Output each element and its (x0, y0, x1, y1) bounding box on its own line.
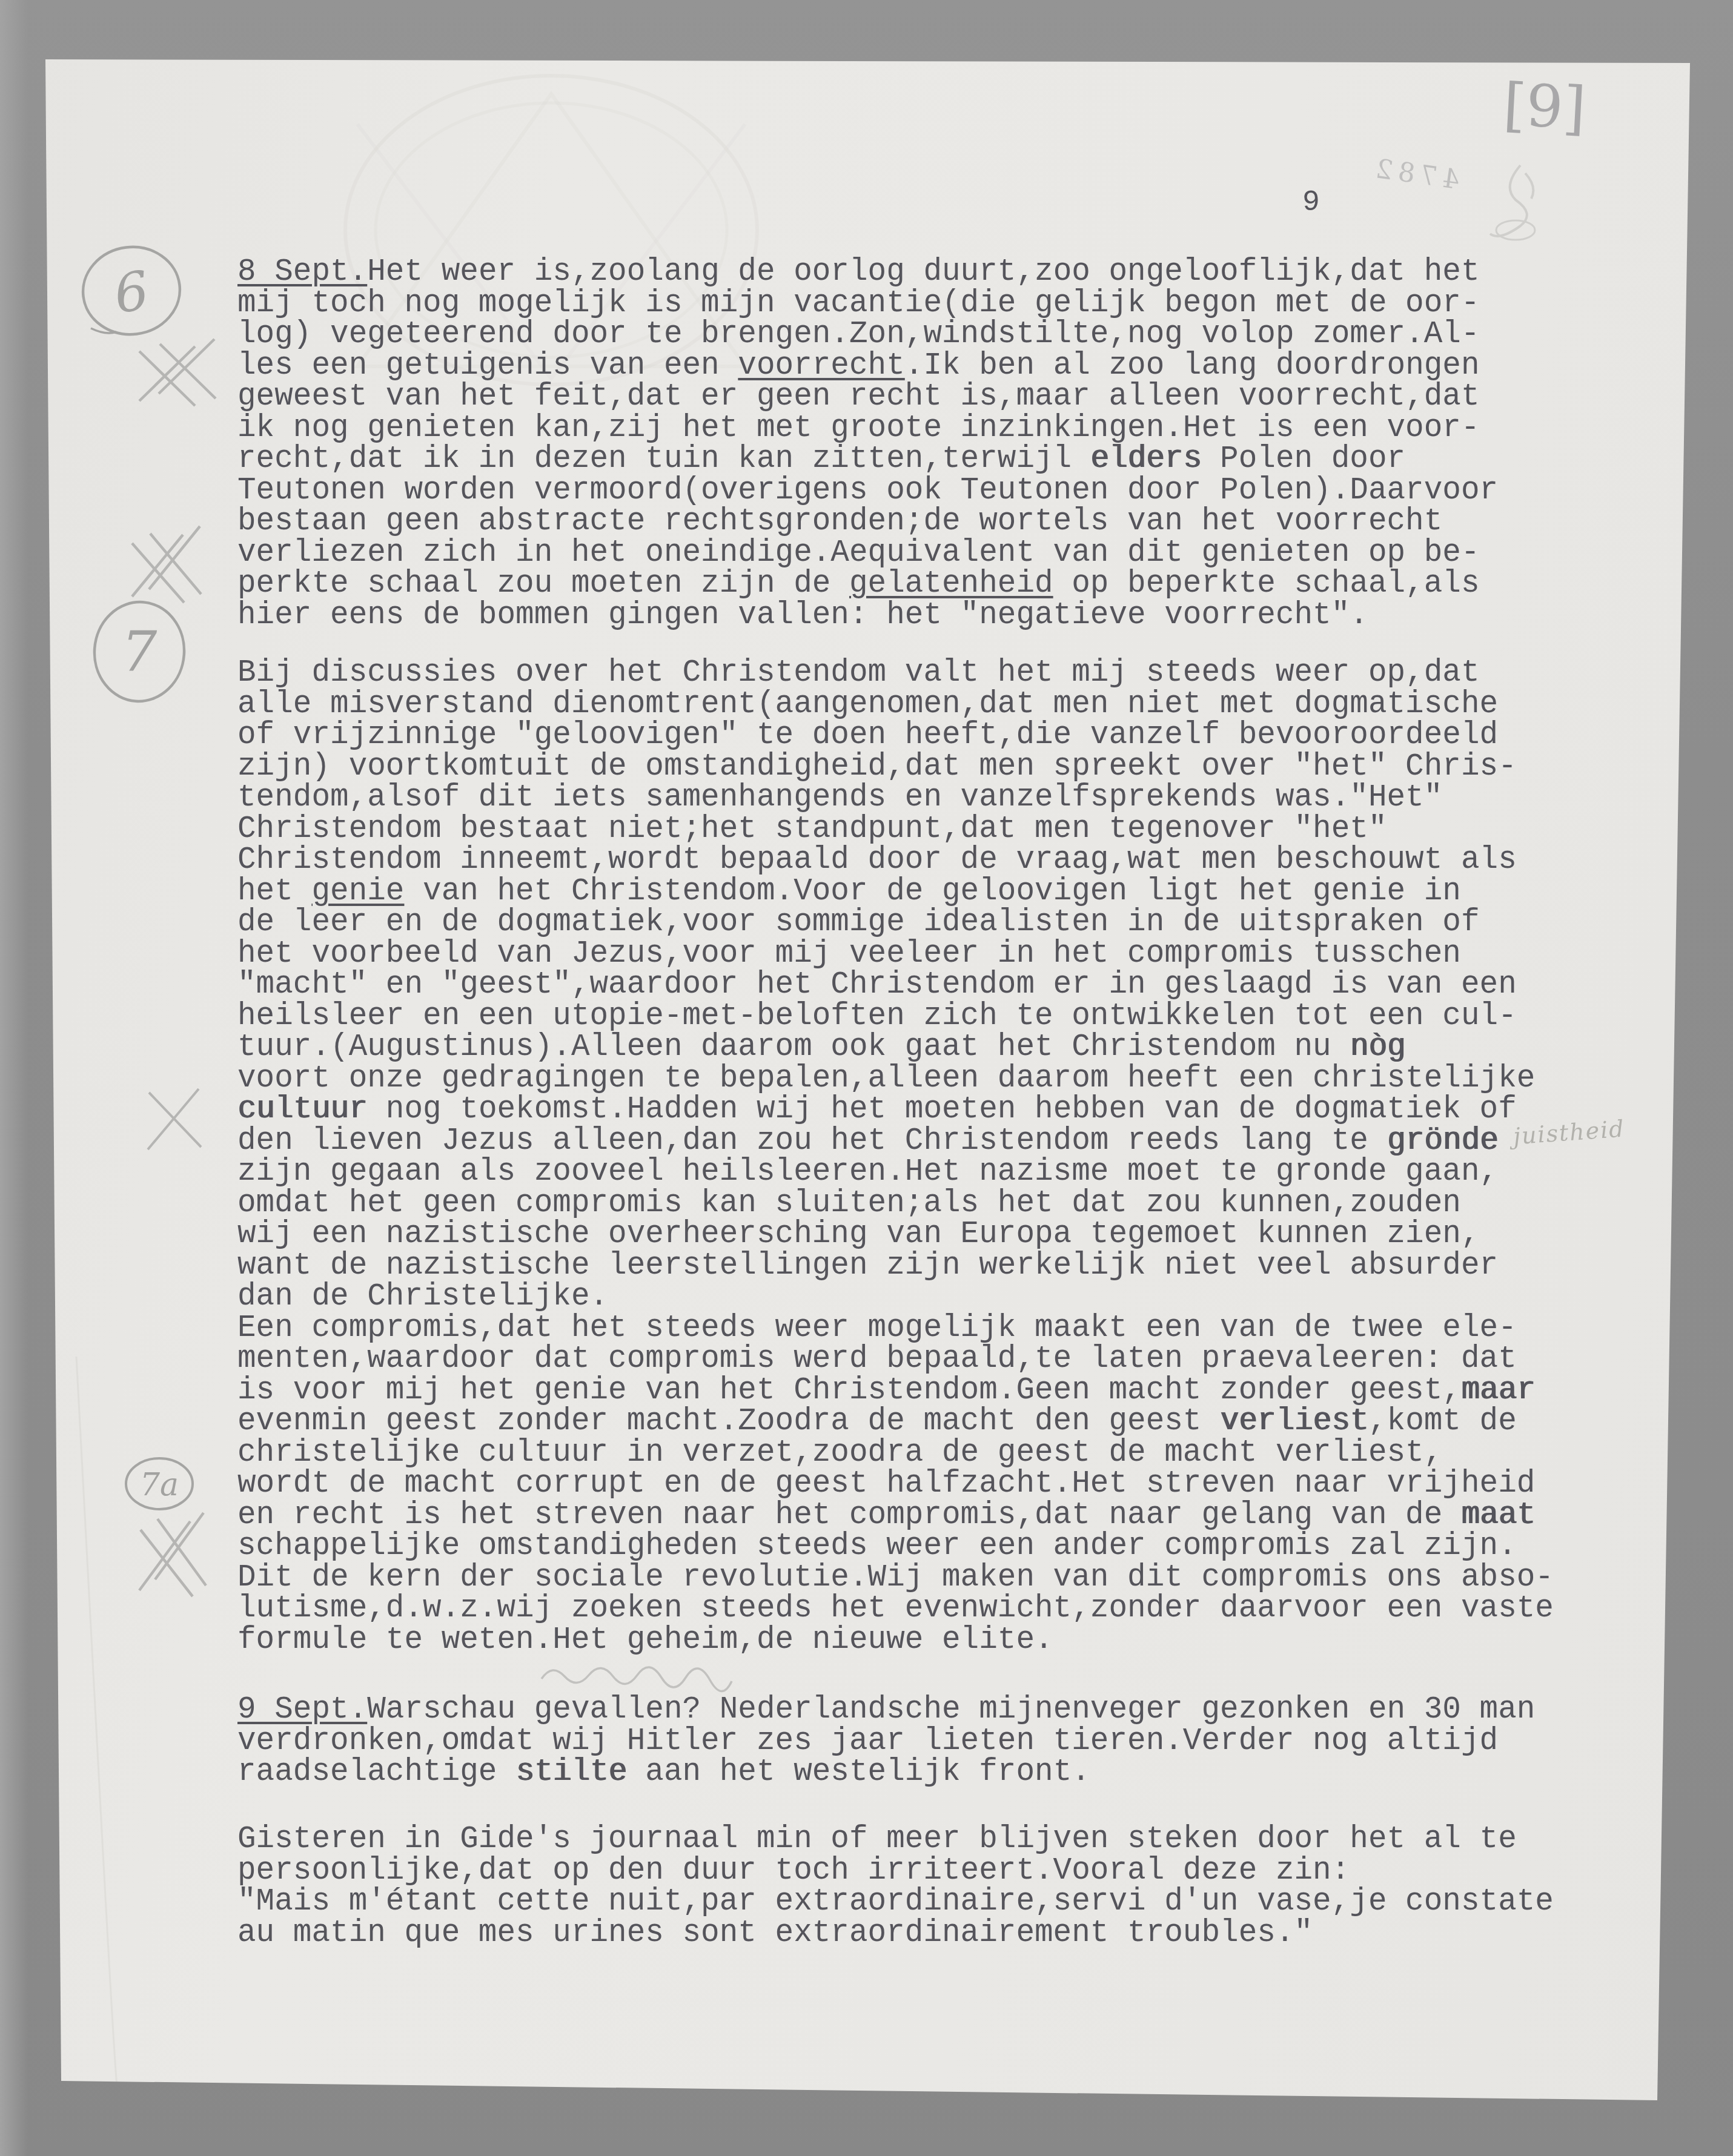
paragraph-8-sept: 8 Sept.Het weer is,zoolang de oorlog duu… (237, 257, 1606, 631)
overstruck-text: verliest (1220, 1404, 1368, 1439)
paragraph-christendom: Bij discussies over het Christendom valt… (237, 658, 1606, 1656)
typed-text: Teutonen worden vermoord(overigens ook T… (237, 474, 1498, 508)
typed-line: Teutonen worden vermoord(overigens ook T… (237, 475, 1606, 507)
typed-text: op beperkte schaal,als (1053, 567, 1480, 601)
typed-text: persoonlijke,dat op den duur toch irrite… (237, 1854, 1350, 1888)
pencil-page-mark: [9] (1502, 76, 1588, 138)
typed-text: ,komt de (1368, 1404, 1517, 1439)
underlined-text: 9 Sept. (237, 1693, 367, 1727)
typed-text: heilsleer en een utopie-met-beloften zic… (237, 999, 1517, 1034)
underlined-text: 8 Sept. (237, 255, 367, 289)
typed-line: schappelijke omstandigheden steeds weer … (237, 1531, 1606, 1562)
typed-text: perkte schaal zou moeten zijn de (237, 567, 849, 601)
typed-text: den lieven Jezus alleen,dan zou het Chri… (237, 1124, 1387, 1159)
typed-line: lutisme,d.w.z.wij zoeken steeds het even… (237, 1593, 1606, 1625)
typed-text: Dit de kern der sociale revolutie.Wij ma… (237, 1561, 1554, 1595)
overstruck-text: maar (1461, 1374, 1535, 1408)
typed-line: wordt de macht corrupt en de geest halfz… (237, 1469, 1606, 1500)
bleedthrough-scribble (1478, 162, 1557, 244)
pencil-wavy-line (538, 1658, 738, 1695)
typed-text: de leer en de dogmatiek,voor sommige ide… (237, 905, 1480, 940)
typed-text: Gisteren in Gide's journaal min of meer … (237, 1822, 1517, 1857)
paragraph-gide: Gisteren in Gide's journaal min of meer … (237, 1824, 1606, 1949)
typed-line: "Mais m'étant cette nuit,par extraordina… (237, 1886, 1606, 1918)
typed-line: Dit de kern der sociale revolutie.Wij ma… (237, 1562, 1606, 1594)
typed-line: omdat het geen compromis kan sluiten;als… (237, 1188, 1606, 1220)
paragraph-9-sept: 9 Sept.Warschau gevallen? Nederlandsche … (237, 1695, 1606, 1788)
typed-line: hier eens de bommen gingen vallen: het "… (237, 600, 1606, 632)
typed-line: voort onze gedragingen te bepalen,alleen… (237, 1063, 1606, 1095)
margin-number-7: 7 (122, 620, 157, 684)
typed-text: verliezen zich in het oneindige.Aequival… (237, 536, 1480, 570)
typed-line: cultuur nog toekomst.Hadden wij het moet… (237, 1094, 1606, 1126)
typed-text: christelijke cultuur in verzet,zoodra de… (237, 1436, 1442, 1470)
typed-line: zijn gegaan als zooveel heilsleeren.Het … (237, 1157, 1606, 1188)
typed-line: Bij discussies over het Christendom valt… (237, 658, 1606, 689)
typed-text: Bij discussies over het Christendom valt… (237, 656, 1480, 690)
typed-text: schappelijke omstandigheden steeds weer … (237, 1529, 1517, 1564)
typed-text: zijn gegaan als zooveel heilsleeren.Het … (237, 1155, 1498, 1189)
typed-line: zijn) voortkomtuit de omstandigheid,dat … (237, 752, 1606, 783)
typed-text: recht,dat ik in dezen tuin kan zitten,te… (237, 442, 1090, 477)
typed-line: 8 Sept.Het weer is,zoolang de oorlog duu… (237, 257, 1606, 288)
typed-line: en recht is het streven naar het comprom… (237, 1500, 1606, 1532)
typed-text: "macht" en "geest",waardoor het Christen… (237, 968, 1517, 1002)
typed-line: geweest van het feit,dat er geen recht i… (237, 382, 1606, 413)
margin-double-cross-1 (134, 328, 219, 419)
typed-text: menten,waardoor dat compromis werd bepaa… (237, 1342, 1517, 1377)
typed-line: de leer en de dogmatiek,voor sommige ide… (237, 907, 1606, 939)
typed-text: geweest van het feit,dat er geen recht i… (237, 380, 1480, 414)
typed-text: dan de Christelijke. (237, 1280, 608, 1314)
typed-line: 9 Sept.Warschau gevallen? Nederlandsche … (237, 1695, 1606, 1726)
typed-line: alle misverstand dienomtrent(aangenomen,… (237, 689, 1606, 721)
typed-line: wij een nazistische overheersching van E… (237, 1219, 1606, 1251)
overstruck-text: cultuur (237, 1093, 367, 1127)
typed-line: is voor mij het genie van het Christendo… (237, 1375, 1606, 1407)
typed-text: log) vegeteerend door te brengen.Zon,win… (237, 317, 1480, 352)
typed-text: nog toekomst.Hadden wij het moeten hebbe… (367, 1093, 1517, 1127)
typed-text: formule te weten.Het geheim,de nieuwe el… (237, 1623, 1053, 1658)
typed-text: bestaan geen abstracte rechtsgronden;de … (237, 504, 1442, 539)
typed-text: van het Christendom.Voor de geloovigen l… (404, 875, 1460, 909)
typed-text: ik nog genieten kan,zij het met groote i… (237, 411, 1480, 446)
typed-text: tuur.(Augustinus).Alleen daarom ook gaat… (237, 1030, 1350, 1065)
margin-number-7a: 7a (140, 1467, 179, 1503)
typed-line: of vrijzinnige "geloovigen" te doen heef… (237, 720, 1606, 752)
typed-line: Een compromis,dat het steeds weer mogeli… (237, 1313, 1606, 1344)
typed-text: .Ik ben al zoo lang doordrongen (905, 349, 1480, 383)
typed-text: want de nazistische leerstellingen zijn … (237, 1249, 1498, 1283)
typed-text: Polen door (1201, 442, 1405, 477)
typed-text: "Mais m'étant cette nuit,par extraordina… (237, 1885, 1554, 1919)
underlined-text: genie (311, 875, 404, 909)
typed-line: tuur.(Augustinus).Alleen daarom ook gaat… (237, 1032, 1606, 1063)
margin-cross (144, 1083, 206, 1154)
bleedthrough-number: 4782 (1368, 153, 1462, 196)
typed-text: mij toch nog mogelijk is mijn vacantie(d… (237, 286, 1480, 321)
typed-line: dan de Christelijke. (237, 1281, 1606, 1313)
typed-line: verdronken,omdat wij Hitler zes jaar lie… (237, 1726, 1606, 1758)
typed-line: au matin que mes urines sont extraordina… (237, 1918, 1606, 1949)
typed-line: bestaan geen abstracte rechtsgronden;de … (237, 506, 1606, 538)
typed-text: is voor mij het genie van het Christendo… (237, 1374, 1461, 1408)
typed-line: formule te weten.Het geheim,de nieuwe el… (237, 1625, 1606, 1656)
underlined-text: voorrecht (738, 349, 904, 383)
typed-text: het voorbeeld van Jezus,voor mij veeleer… (237, 937, 1461, 971)
margin-double-cross-3 (134, 1506, 208, 1607)
typed-text: zijn) voortkomtuit de omstandigheid,dat … (237, 750, 1517, 784)
typed-line: Christendom inneemt,wordt bepaald door d… (237, 845, 1606, 876)
typed-line: ik nog genieten kan,zij het met groote i… (237, 413, 1606, 445)
typed-text: aan het westelijk front. (627, 1755, 1090, 1790)
typed-line: verliezen zich in het oneindige.Aequival… (237, 538, 1606, 569)
typed-text: Warschau gevallen? Nederlandsche mijnenv… (367, 1693, 1535, 1727)
typed-line: "macht" en "geest",waardoor het Christen… (237, 970, 1606, 1001)
typed-text: les een getuigenis van een (237, 349, 738, 383)
backdrop-light-band (0, 0, 28, 2156)
typed-line: het genie van het Christendom.Voor de ge… (237, 876, 1606, 908)
typed-line: raadselachtige stilte aan het westelijk … (237, 1757, 1606, 1788)
typed-line: den lieven Jezus alleen,dan zou het Chri… (237, 1126, 1606, 1157)
typed-text: alle misverstand dienomtrent(aangenomen,… (237, 687, 1498, 722)
typed-text: verdronken,omdat wij Hitler zes jaar lie… (237, 1724, 1498, 1759)
paper-sheet: 9 [9] 4782 6 7 7a (0, 0, 1733, 2156)
typed-line: heilsleer en een utopie-met-beloften zic… (237, 1001, 1606, 1033)
underlined-text: gelatenheid (849, 567, 1053, 601)
overstruck-text: elders (1090, 442, 1202, 477)
typed-line: christelijke cultuur in verzet,zoodra de… (237, 1438, 1606, 1469)
typed-line: Christendom bestaat niet;het standpunt,d… (237, 814, 1606, 845)
typed-text: au matin que mes urines sont extraordina… (237, 1916, 1313, 1951)
typed-line: perkte schaal zou moeten zijn de gelaten… (237, 569, 1606, 600)
typed-text: of vrijzinnige "geloovigen" te doen heef… (237, 718, 1498, 753)
typed-line: recht,dat ik in dezen tuin kan zitten,te… (237, 444, 1606, 475)
typed-text: wij een nazistische overheersching van E… (237, 1217, 1480, 1252)
overstruck-text: stilte (515, 1755, 627, 1790)
typed-text: evenmin geest zonder macht.Zoodra de mac… (237, 1404, 1220, 1439)
typed-text: Het weer is,zoolang de oorlog duurt,zoo … (367, 255, 1479, 289)
typed-text: tendom,alsof dit iets samenhangends en v… (237, 781, 1442, 815)
typed-text: het (237, 875, 311, 909)
typed-line: Gisteren in Gide's journaal min of meer … (237, 1824, 1606, 1856)
typed-line: persoonlijke,dat op den duur toch irrite… (237, 1856, 1606, 1887)
typed-text: voort onze gedragingen te bepalen,alleen… (237, 1062, 1535, 1096)
overstruck-text: nòg (1350, 1030, 1405, 1065)
typed-line: menten,waardoor dat compromis werd bepaa… (237, 1344, 1606, 1375)
paper-crease (71, 1357, 120, 2089)
typed-page-number: 9 (1302, 187, 1320, 219)
overstruck-text: grönde (1387, 1124, 1499, 1159)
typed-text: Christendom bestaat niet;het standpunt,d… (237, 812, 1387, 847)
typed-text: omdat het geen compromis kan sluiten;als… (237, 1186, 1461, 1221)
typed-text: en recht is het streven naar het comprom… (237, 1498, 1461, 1533)
typed-text: raadselachtige (237, 1755, 515, 1790)
typed-text: Christendom inneemt,wordt bepaald door d… (237, 843, 1517, 878)
scanned-document-photo: 9 [9] 4782 6 7 7a (0, 0, 1733, 2156)
typed-line: les een getuigenis van een voorrecht.Ik … (237, 351, 1606, 382)
typed-line: evenmin geest zonder macht.Zoodra de mac… (237, 1406, 1606, 1438)
paper-bottom-edge (58, 2082, 1663, 2105)
typed-line: tendom,alsof dit iets samenhangends en v… (237, 782, 1606, 814)
typed-line: mij toch nog mogelijk is mijn vacantie(d… (237, 288, 1606, 320)
typed-text: wordt de macht corrupt en de geest halfz… (237, 1467, 1535, 1501)
margin-circled-6: 6 (79, 243, 184, 340)
typed-line: het voorbeeld van Jezus,voor mij veeleer… (237, 939, 1606, 970)
typed-line: log) vegeteerend door te brengen.Zon,win… (237, 319, 1606, 351)
overstruck-text: maat (1461, 1498, 1535, 1533)
typed-text: lutisme,d.w.z.wij zoeken steeds het even… (237, 1592, 1554, 1626)
typed-text: Een compromis,dat het steeds weer mogeli… (237, 1311, 1517, 1346)
margin-circled-7: 7 (91, 597, 188, 706)
typed-text: hier eens de bommen gingen vallen: het "… (237, 598, 1368, 633)
typed-line: want de nazistische leerstellingen zijn … (237, 1251, 1606, 1282)
